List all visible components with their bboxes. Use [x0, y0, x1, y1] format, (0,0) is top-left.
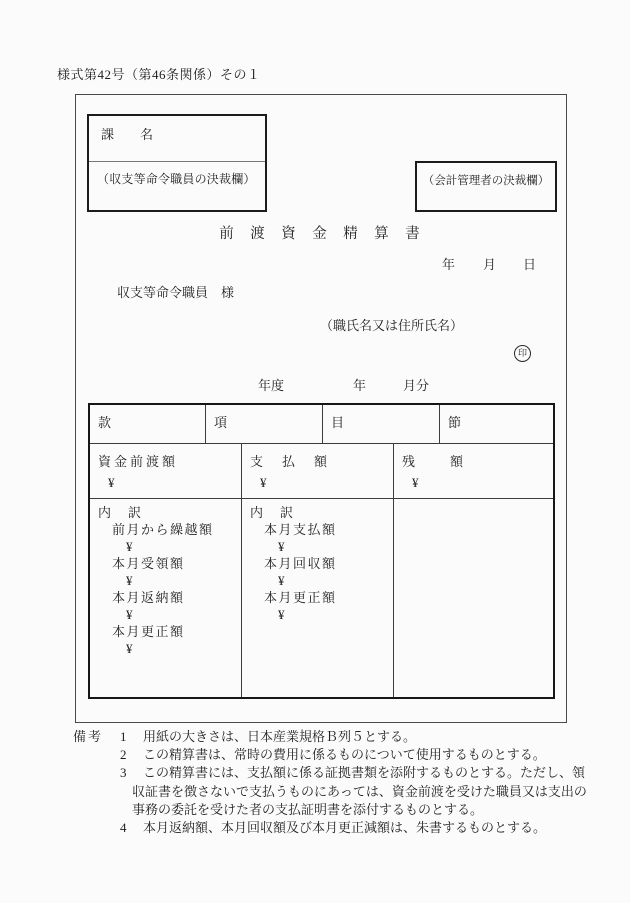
period-month-label: 月分 — [403, 375, 429, 394]
name-note-label: （職氏名又は住所氏名） — [320, 315, 463, 334]
remarks-section: 備考1用紙の大きさは、日本産業規格Ｂ列５とする。 2この精算書は、常時の費用に係… — [73, 728, 593, 837]
month-returned-label: 本月返納額 — [90, 589, 241, 606]
month-paid-label: 本月支払額 — [242, 521, 393, 538]
breakdown-receipts-title: 内 訳 — [90, 504, 241, 521]
remark-line: 2この精算書は、常時の費用に係るものについて使用するものとする。 — [73, 746, 593, 764]
remark-text-2: この精算書は、常時の費用に係るものについて使用するものとする。 — [143, 747, 546, 762]
remark-line: 備考1用紙の大きさは、日本産業規格Ｂ列５とする。 — [73, 728, 593, 746]
breakdown-receipts-cell: 内 訳 前月から繰越額 ¥ 本月受領額 ¥ 本月返納額 ¥ 本月更正額 ¥ — [90, 499, 241, 697]
payment-amount-yen-symbol: ¥ — [242, 470, 393, 491]
fiscal-year-label: 年度 — [258, 375, 284, 394]
month-returned-yen-symbol: ¥ — [90, 606, 241, 623]
balance-amount-label: 残 額 — [394, 444, 553, 470]
month-corrected-in-yen-symbol: ¥ — [90, 640, 241, 657]
budget-header-kan: 款 — [90, 405, 205, 443]
date-year-label: 年 — [442, 254, 455, 273]
remark-line: 4本月返納額、本月回収額及び本月更正減額は、朱書するものとする。 — [73, 819, 593, 837]
month-received-yen-symbol: ¥ — [90, 572, 241, 589]
month-recovered-label: 本月回収額 — [242, 555, 393, 572]
budget-header-row: 款 項 目 節 — [90, 405, 553, 444]
remark-text-1: 用紙の大きさは、日本産業規格Ｂ列５とする。 — [143, 729, 416, 744]
accounting-manager-approval-caption: （会計管理者の決裁欄） — [417, 172, 555, 188]
balance-amount-cell: 残 額 ¥ — [393, 444, 553, 498]
balance-amount-yen-symbol: ¥ — [394, 470, 553, 491]
month-paid-yen-symbol: ¥ — [242, 538, 393, 555]
date-day-label: 日 — [523, 254, 536, 273]
remark-line: 3この精算書には、支払額に係る証拠書類を添附するものとする。ただし、領 — [73, 764, 593, 782]
breakdown-payments-title: 内 訳 — [242, 504, 393, 521]
month-received-label: 本月受領額 — [90, 555, 241, 572]
document-title: 前 渡 資 金 精 算 書 — [75, 222, 565, 243]
remarks-label: 備考 — [73, 728, 120, 746]
addressee-label: 収支等命令職員 様 — [117, 282, 234, 301]
payment-amount-cell: 支 払 額 ¥ — [241, 444, 393, 498]
advance-amount-cell: 資金前渡額 ¥ — [90, 444, 241, 498]
accounting-manager-approval-box: （会計管理者の決裁欄） — [415, 161, 557, 212]
breakdown-row: 内 訳 前月から繰越額 ¥ 本月受領額 ¥ 本月返納額 ¥ 本月更正額 ¥ 内 … — [90, 499, 553, 697]
budget-header-setsu: 節 — [439, 405, 553, 443]
month-corrected-out-label: 本月更正額 — [242, 589, 393, 606]
carryover-label: 前月から繰越額 — [90, 521, 241, 538]
month-corrected-in-label: 本月更正額 — [90, 623, 241, 640]
advance-amount-yen-symbol: ¥ — [90, 470, 241, 491]
settlement-table: 款 項 目 節 資金前渡額 ¥ 支 払 額 ¥ 残 額 ¥ 内 訳 前月から繰越… — [88, 403, 555, 699]
remark-number-1: 1 — [120, 728, 143, 746]
ordering-officer-approval-caption: （収支等命令職員の決裁欄） — [97, 170, 256, 187]
breakdown-empty-cell — [393, 499, 553, 697]
carryover-yen-symbol: ¥ — [90, 538, 241, 555]
remark-text-3-continuation: 収証書を徴さないで支払うものにあっては、資金前渡を受けた職員又は支出の — [73, 783, 593, 801]
payment-amount-label: 支 払 額 — [242, 444, 393, 470]
remark-text-4: 本月返納額、本月回収額及び本月更正減額は、朱書するものとする。 — [143, 820, 546, 835]
budget-header-moku: 目 — [322, 405, 439, 443]
form-number-label: 様式第42号（第46条関係）その１ — [57, 64, 261, 83]
remark-number-3: 3 — [120, 764, 143, 782]
section-name-label: 課 名 — [101, 124, 153, 143]
remark-text-3-continuation: 事務の委託を受けた者の支払証明書を添付するものとする。 — [73, 801, 593, 819]
amount-row: 資金前渡額 ¥ 支 払 額 ¥ 残 額 ¥ — [90, 444, 553, 499]
ordering-officer-approval-box: 課 名 （収支等命令職員の決裁欄） — [87, 114, 267, 212]
remark-number-2: 2 — [120, 746, 143, 764]
remark-text-3: この精算書には、支払額に係る証拠書類を添附するものとする。ただし、領 — [143, 765, 585, 780]
approval-box-divider — [89, 161, 265, 162]
month-corrected-out-yen-symbol: ¥ — [242, 606, 393, 623]
date-month-label: 月 — [483, 254, 496, 273]
advance-amount-label: 資金前渡額 — [90, 444, 241, 470]
form-page: 様式第42号（第46条関係）その１ 課 名 （収支等命令職員の決裁欄） （会計管… — [0, 0, 630, 903]
period-year-label: 年 — [353, 375, 366, 394]
month-recovered-yen-symbol: ¥ — [242, 572, 393, 589]
breakdown-payments-cell: 内 訳 本月支払額 ¥ 本月回収額 ¥ 本月更正額 ¥ — [241, 499, 393, 697]
budget-header-ko: 項 — [205, 405, 322, 443]
remark-number-4: 4 — [120, 819, 143, 837]
seal-mark-icon: 印 — [514, 345, 531, 362]
